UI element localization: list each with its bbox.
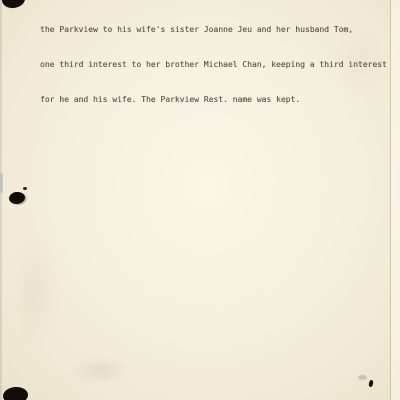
binder-hole-speck (23, 187, 27, 190)
paper-stain (70, 355, 130, 385)
paper-edge-left-patch (0, 173, 3, 193)
typed-line-3: for he and his wife. The Parkview Rest. … (40, 94, 387, 106)
typed-paragraph: the Parkview to his wife's sister Joanne… (40, 1, 387, 129)
binder-hole-bottom (2, 386, 28, 400)
binder-hole-middle (8, 191, 25, 205)
scanned-page: the Parkview to his wife's sister Joanne… (0, 0, 400, 400)
typed-line-2: one third interest to her brother Michae… (40, 59, 387, 71)
paper-edge-right-strip (391, 0, 400, 400)
ink-smudge (358, 375, 367, 380)
typed-line-1: the Parkview to his wife's sister Joanne… (40, 24, 387, 36)
ink-speck (368, 380, 373, 388)
paper-stain (10, 230, 60, 350)
paper-edge-left (0, 0, 2, 400)
binder-hole-top (1, 0, 26, 10)
